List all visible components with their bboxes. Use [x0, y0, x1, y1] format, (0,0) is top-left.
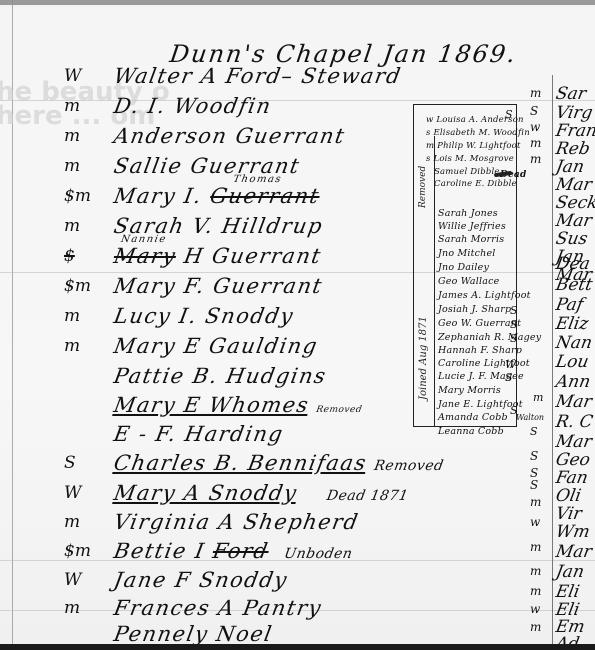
member-name: Nannie Mary H Guerrant — [112, 244, 324, 268]
inserted-correction: Thomas — [232, 174, 283, 185]
joined-entry: Jno Mitchel — [438, 248, 496, 259]
right-name: Sar — [554, 84, 587, 104]
register-page: he beauty o here ... om Dunn's Chapel Ja… — [0, 0, 595, 650]
membership-code: m — [64, 306, 104, 326]
membership-code: m — [64, 126, 104, 146]
joined-code: S — [505, 371, 513, 384]
joined-entry: Amanda Cobb — [438, 412, 508, 423]
joined-entry: Josiah J. Sharp — [438, 304, 511, 315]
joined-code: S — [510, 332, 518, 345]
joined-entry: Leanna Cobb — [438, 426, 504, 437]
member-name: D. I. Woodfin — [112, 94, 274, 118]
membership-code: $m — [64, 276, 104, 296]
vertical-label-removed: Removed — [418, 166, 428, 208]
right-name: Ann — [554, 372, 592, 392]
member-name: Charles B. BennifaasRemoved — [112, 451, 446, 475]
member-name: E - F. Harding — [112, 422, 286, 446]
membership-code: S — [64, 453, 104, 473]
right-name: Reb — [554, 139, 591, 159]
struck-text: Guerrant — [208, 184, 322, 208]
member-name: Mary A SnoddyDead 1871 — [112, 481, 411, 505]
right-name: Eliz — [554, 314, 590, 334]
member-name: Mary F. Guerrant — [112, 274, 325, 298]
right-code: m — [530, 136, 541, 150]
membership-code: m — [64, 96, 104, 116]
vertical-label-joined: Joined Aug 1871 — [418, 316, 429, 400]
member-name: Walter A Ford– Steward — [112, 64, 404, 88]
right-code: m — [530, 584, 541, 598]
right-code: m — [530, 495, 541, 509]
right-code: m — [530, 620, 541, 634]
right-code: S — [530, 104, 538, 118]
left-margin-line — [12, 0, 13, 650]
joined-code: W — [505, 358, 516, 371]
joined-code: m — [533, 391, 543, 404]
right-code: m — [530, 86, 541, 100]
membership-code: m — [64, 216, 104, 236]
right-name: Mar — [554, 432, 593, 452]
member-name: Frances A Pantry — [112, 596, 324, 620]
joined-code: S — [510, 318, 518, 331]
member-name: Bettie I Ford Unboden — [112, 539, 355, 563]
right-name: Lou — [554, 352, 590, 372]
joined-entry: Sarah Morris — [438, 234, 504, 245]
inset-entry: s Lois M. Mosgrove — [426, 154, 514, 164]
status-note: Removed — [315, 405, 362, 415]
right-name: Seck — [554, 193, 595, 213]
struck-text: Mary — [112, 244, 178, 268]
struck-text: Ford — [211, 539, 271, 563]
status-note: Unboden — [283, 546, 354, 562]
status-note: Removed — [373, 458, 445, 474]
membership-code: $m — [64, 541, 104, 561]
right-name: Mar — [554, 542, 593, 562]
joined-code: Walton — [516, 413, 544, 422]
inset-entry: m Philip W. Lightfoot — [426, 141, 521, 151]
right-name: Mar — [554, 211, 593, 231]
joined-entry: Mary Morris — [438, 385, 501, 396]
inset-entry: Samuel Dibble — [434, 167, 500, 177]
right-code: w — [530, 120, 540, 134]
right-name: Oli — [554, 486, 582, 506]
right-name: Nan — [554, 333, 593, 353]
joined-code: S — [510, 304, 518, 317]
right-code: w — [530, 515, 540, 529]
membership-code: $m — [64, 186, 104, 206]
member-name: Pattie B. Hudgins — [112, 364, 329, 388]
right-code: m — [530, 152, 541, 166]
right-name: Geo — [554, 450, 591, 470]
joined-entry: Geo Wallace — [438, 276, 499, 287]
right-name: Fan — [554, 468, 589, 488]
joined-entry: Sarah Jones — [438, 208, 498, 219]
member-name: Mary E WhomesRemoved — [112, 393, 365, 417]
membership-code: m — [64, 598, 104, 618]
member-name: Anderson Guerrant — [112, 124, 347, 148]
right-code: m — [530, 564, 541, 578]
joined-entry: James A. Lightfoot — [438, 290, 531, 301]
inserted-correction: Nannie — [120, 234, 168, 245]
right-name: Jan — [554, 157, 585, 177]
joined-entry: Hannah F. Sharp — [438, 345, 522, 356]
inset-entry: s Elisabeth M. Woodfin — [426, 128, 530, 138]
right-name: Sus — [554, 229, 589, 249]
member-name: Jane F Snoddy — [112, 568, 290, 592]
member-name: Pennely Noel — [112, 622, 275, 646]
member-name: Virginia A Shepherd — [112, 510, 361, 534]
right-code: m — [530, 540, 541, 554]
membership-code: W — [64, 66, 104, 86]
right-name: Mar — [554, 392, 593, 412]
right-column-line — [552, 75, 553, 650]
membership-code: $ — [64, 246, 104, 266]
right-code: w — [530, 602, 540, 616]
right-code: S — [530, 478, 538, 492]
right-name: Bett — [554, 275, 594, 295]
member-name: Mary E Gaulding — [112, 334, 320, 358]
right-name: R. C — [554, 412, 594, 432]
right-name: Jan — [554, 562, 585, 582]
membership-code: m — [64, 512, 104, 532]
status-note: Dead 1871 — [325, 488, 409, 504]
membership-code: W — [64, 483, 104, 503]
joined-entry: Zephaniah R. Magey — [438, 332, 541, 343]
member-name: Lucy I. Snoddy — [112, 304, 296, 328]
page-top-edge — [0, 0, 595, 5]
joined-code: S — [530, 425, 538, 438]
inset-right-code: S — [505, 108, 513, 121]
joined-entry: Willie Jeffries — [438, 221, 506, 232]
page-bottom-edge — [0, 644, 595, 650]
right-name: Virg — [554, 103, 594, 123]
right-name: Mar — [554, 175, 593, 195]
right-name: Wm — [554, 522, 591, 542]
joined-entry: Geo W. Guerrant — [438, 318, 521, 329]
member-name: Mary I. Thomas Guerrant — [112, 184, 322, 208]
right-name: Dea — [554, 254, 591, 274]
joined-entry: Jno Dailey — [438, 262, 489, 273]
inset-entry: Caroline E. Dibble — [434, 179, 517, 189]
right-code: S — [530, 449, 538, 463]
membership-code: m — [64, 156, 104, 176]
membership-code: m — [64, 336, 104, 356]
membership-code: W — [64, 570, 104, 590]
right-name: Vir — [554, 504, 583, 524]
right-name: Paf — [554, 295, 585, 315]
right-name: Eli — [554, 582, 581, 602]
right-name: Fran — [554, 121, 595, 141]
